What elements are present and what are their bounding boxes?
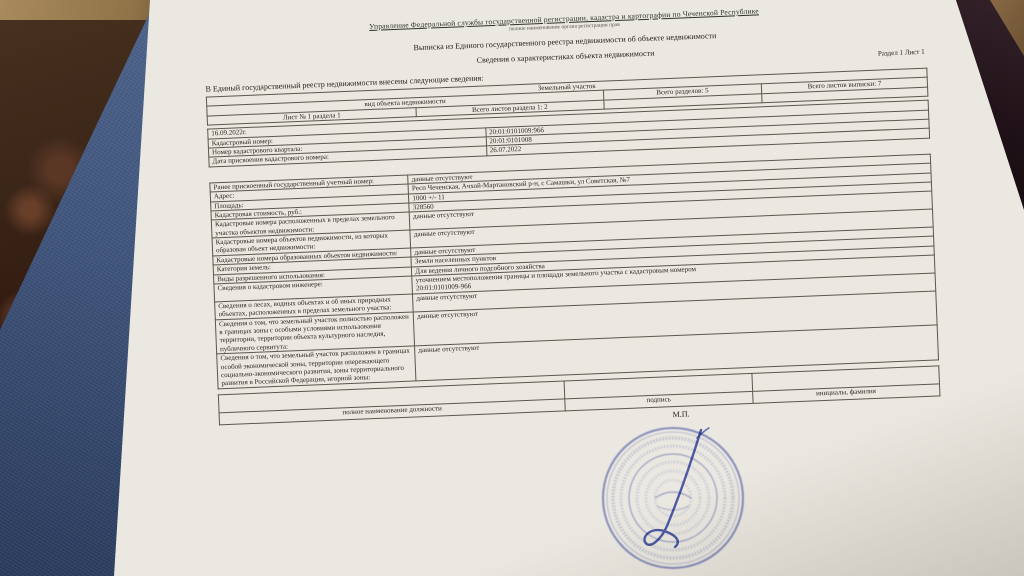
document-paper: Управление Федеральной службы государств… [0, 0, 1024, 576]
photo-scene: Управление Федеральной службы государств… [0, 0, 1024, 576]
egrn-extract-document: Управление Федеральной службы государств… [203, 0, 941, 437]
details-table: Ранее присвоенный государственный учетны… [209, 153, 939, 389]
details-rows: Ранее присвоенный государственный учетны… [210, 154, 939, 389]
row-label: Сведения о том, что земельный участок ра… [217, 346, 416, 388]
signature-ink [597, 408, 749, 576]
